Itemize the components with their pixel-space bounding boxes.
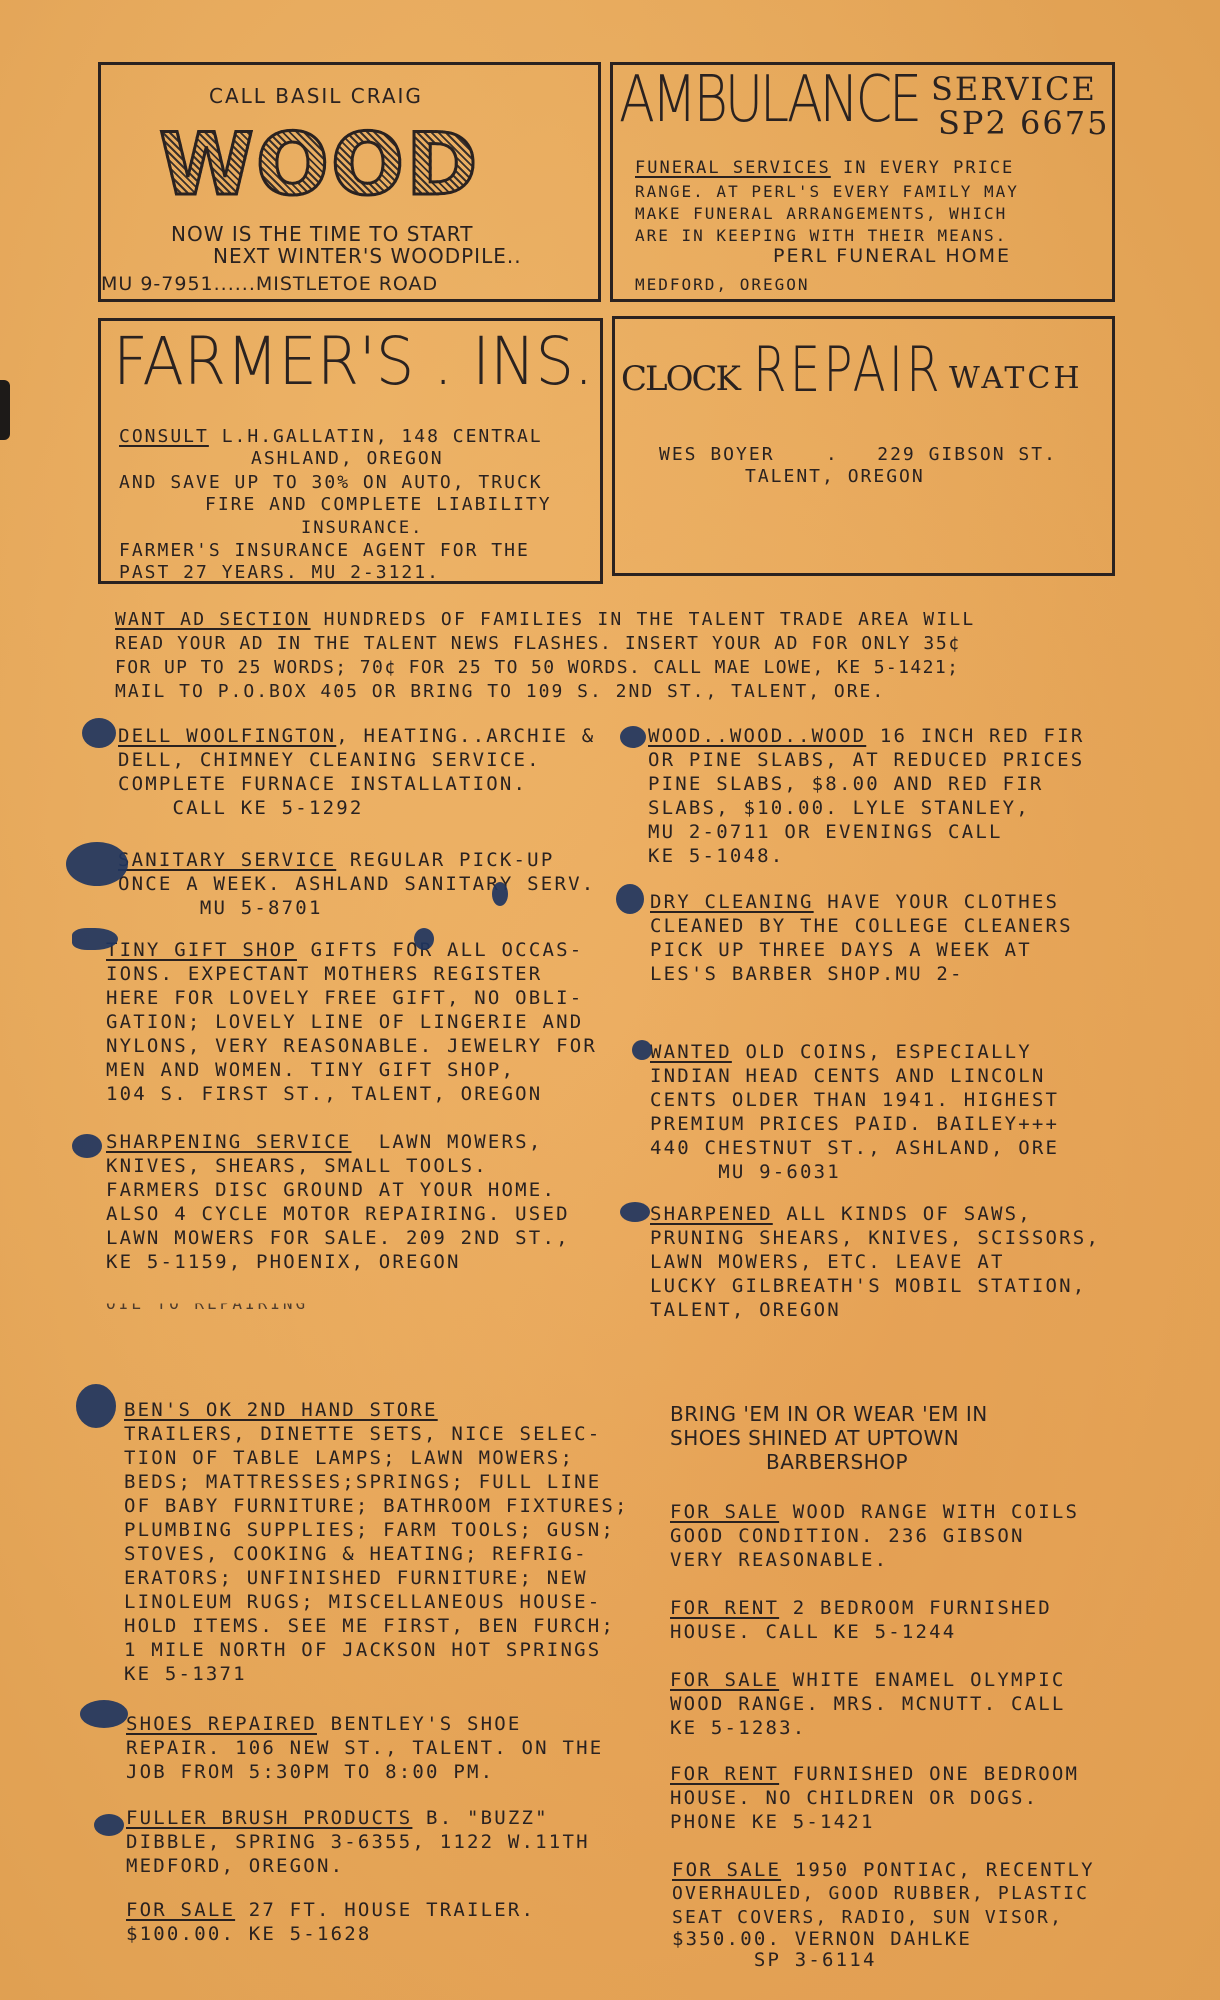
ink-spot <box>620 726 646 748</box>
farmers-line-1: CONSULT L.H.GALLATIN, 148 CENTRAL <box>119 425 543 448</box>
ad-box-ambulance: AMBULANCE SERVICE SP2 6675 FUNERAL SERVI… <box>610 62 1115 302</box>
ad-dell-woolfington: DELL WOOLFINGTON, HEATING..ARCHIE & DELL… <box>118 724 595 820</box>
page-edge-binding <box>0 380 10 440</box>
ambulance-line-3: MAKE FUNERAL ARRANGEMENTS, WHICH <box>635 202 1007 225</box>
wood-line-2: NEXT WINTER'S WOODPILE.. <box>213 245 522 268</box>
farmers-line-3: AND SAVE UP TO 30% ON AUTO, TRUCK <box>119 471 543 494</box>
ad-tiny-gift-shop: TINY GIFT SHOP GIFTS FOR ALL OCCAS- IONS… <box>106 938 597 1106</box>
ad-head: FULLER BRUSH PRODUCTS <box>126 1807 412 1829</box>
wood-logo: WOOD <box>159 115 479 215</box>
ad-for-rent-2-bedroom: FOR RENT 2 BEDROOM FURNISHED HOUSE. CALL… <box>670 1596 1052 1644</box>
clock-line-2: TALENT, OREGON <box>745 465 925 488</box>
ad-head: SHARPENED <box>650 1203 773 1225</box>
watch-word: WATCH <box>949 359 1083 399</box>
want-ad-head: WANT AD SECTION <box>115 609 311 630</box>
ink-spot <box>94 1814 124 1836</box>
ink-spot <box>492 882 508 906</box>
ink-spot <box>82 718 116 748</box>
want-ad-section: WANT AD SECTION HUNDREDS OF FAMILIES IN … <box>115 608 975 704</box>
ad-uptown-barbershop: BRING 'EM IN OR WEAR 'EM IN SHOES SHINED… <box>670 1402 988 1474</box>
ad-wood-wood-wood: WOOD..WOOD..WOOD 16 INCH RED FIR OR PINE… <box>648 724 1084 868</box>
farmers-head: CONSULT <box>119 426 209 447</box>
ad-head: BEN'S OK 2ND HAND STORE <box>124 1399 438 1421</box>
ad-dry-cleaning: DRY CLEANING HAVE YOUR CLOTHES CLEANED B… <box>650 890 1073 986</box>
ink-spot <box>632 1040 652 1060</box>
ad-head: SHOES REPAIRED <box>126 1713 317 1735</box>
ad-head: FOR SALE <box>126 1899 235 1921</box>
farmers-line-7: PAST 27 YEARS. MU 2-3121. <box>119 561 440 584</box>
ad-fuller-brush: FULLER BRUSH PRODUCTS B. "BUZZ" DIBBLE, … <box>126 1806 590 1878</box>
want-ad-line-1: WANT AD SECTION HUNDREDS OF FAMILIES IN … <box>115 608 975 632</box>
want-ad-line-3: FOR UP TO 25 WORDS; 70¢ FOR 25 TO 50 WOR… <box>115 656 975 680</box>
farmers-title: FARMER'S . INS. <box>113 327 593 397</box>
ad-head: SANITARY SERVICE <box>118 849 336 871</box>
farmers-line-6: FARMER'S INSURANCE AGENT FOR THE <box>119 539 530 562</box>
ambulance-line-6: MEDFORD, OREGON <box>635 273 810 296</box>
ad-for-rent-one-bedroom: FOR RENT FURNISHED ONE BEDROOM HOUSE. NO… <box>670 1762 1079 1834</box>
faint-partial-line: OIL TO REPAIRING <box>106 1292 308 1315</box>
ink-spot <box>616 884 644 914</box>
farmers-line-2: ASHLAND, OREGON <box>251 447 444 470</box>
ad-for-sale-pontiac: FOR SALE 1950 PONTIAC, RECENTLY OVERHAUL… <box>672 1858 1095 1972</box>
wood-line-1: NOW IS THE TIME TO START <box>171 223 473 246</box>
repair-word: REPAIR <box>753 335 943 405</box>
ink-spot <box>80 1700 128 1728</box>
ad-shoes-repaired: SHOES REPAIRED BENTLEY'S SHOE REPAIR. 10… <box>126 1712 603 1784</box>
ad-head: DELL WOOLFINGTON <box>118 725 336 747</box>
ad-for-sale-olympic-range: FOR SALE WHITE ENAMEL OLYMPIC WOOD RANGE… <box>670 1668 1066 1740</box>
ambulance-phone: SP2 6675 <box>938 107 1109 139</box>
clock-word: CLOCK <box>621 359 739 399</box>
ambulance-line-4: ARE IN KEEPING WITH THEIR MEANS. <box>635 224 1007 247</box>
ad-head: WANTED <box>650 1041 732 1063</box>
ad-head: FOR SALE <box>670 1501 779 1523</box>
ad-sanitary-service: SANITARY SERVICE REGULAR PICK-UP ONCE A … <box>118 848 595 920</box>
ambulance-title: AMBULANCE <box>619 65 919 135</box>
farmers-line-5: INSURANCE. <box>301 517 423 540</box>
ad-sharpening-service: SHARPENING SERVICE LAWN MOWERS, KNIVES, … <box>106 1130 570 1274</box>
ink-spot <box>620 1202 650 1222</box>
ad-box-farmers: FARMER'S . INS. CONSULT L.H.GALLATIN, 14… <box>98 318 603 584</box>
ad-box-wood: CALL BASIL CRAIG WOOD NOW IS THE TIME TO… <box>98 62 601 302</box>
ad-head: TINY GIFT SHOP <box>106 939 297 961</box>
farmers-line-4: FIRE AND COMPLETE LIABILITY <box>205 493 552 516</box>
ambulance-line-5: PERL FUNERAL HOME <box>773 245 1011 268</box>
ad-wanted-old-coins: WANTED OLD COINS, ESPECIALLY INDIAN HEAD… <box>650 1040 1059 1184</box>
ink-spot <box>414 928 434 950</box>
ad-for-sale-house-trailer: FOR SALE 27 FT. HOUSE TRAILER. $100.00. … <box>126 1898 535 1946</box>
ad-head: FOR RENT <box>670 1597 779 1619</box>
ad-head: SHARPENING SERVICE <box>106 1131 352 1153</box>
ad-head: DRY CLEANING <box>650 891 814 913</box>
ink-spot <box>72 928 118 950</box>
ambulance-line-1: FUNERAL SERVICES IN EVERY PRICE <box>635 157 1014 180</box>
clock-line-1: WES BOYER . 229 GIBSON ST. <box>659 443 1057 466</box>
ad-head: FOR SALE <box>672 1859 781 1881</box>
ad-for-sale-wood-range: FOR SALE WOOD RANGE WITH COILS GOOD COND… <box>670 1500 1079 1572</box>
want-ad-line-4: MAIL TO P.O.BOX 405 OR BRING TO 109 S. 2… <box>115 680 975 704</box>
ad-sharpened: SHARPENED ALL KINDS OF SAWS, PRUNING SHE… <box>650 1202 1100 1322</box>
ink-spot <box>72 1134 102 1158</box>
ad-head: FOR SALE <box>670 1669 779 1691</box>
ink-spot <box>66 842 128 886</box>
ambulance-head: FUNERAL SERVICES <box>635 158 831 178</box>
ad-head: FOR RENT <box>670 1763 779 1785</box>
ad-box-clock-repair: CLOCK REPAIR WATCH WES BOYER . 229 GIBSO… <box>612 316 1115 576</box>
ad-head: WOOD..WOOD..WOOD <box>648 725 866 747</box>
ad-bens-ok-2nd-hand-store: BEN'S OK 2ND HAND STORE TRAILERS, DINETT… <box>124 1398 629 1686</box>
wood-call-line: CALL BASIL CRAIG <box>209 85 423 108</box>
wood-phone-line: MU 9-7951......MISTLETOE ROAD <box>101 273 438 296</box>
want-ad-line-2: READ YOUR AD IN THE TALENT NEWS FLASHES.… <box>115 632 975 656</box>
ambulance-service: SERVICE <box>931 73 1097 105</box>
ink-spot <box>76 1384 116 1428</box>
ambulance-line-2: RANGE. AT PERL'S EVERY FAMILY MAY <box>635 180 1019 203</box>
